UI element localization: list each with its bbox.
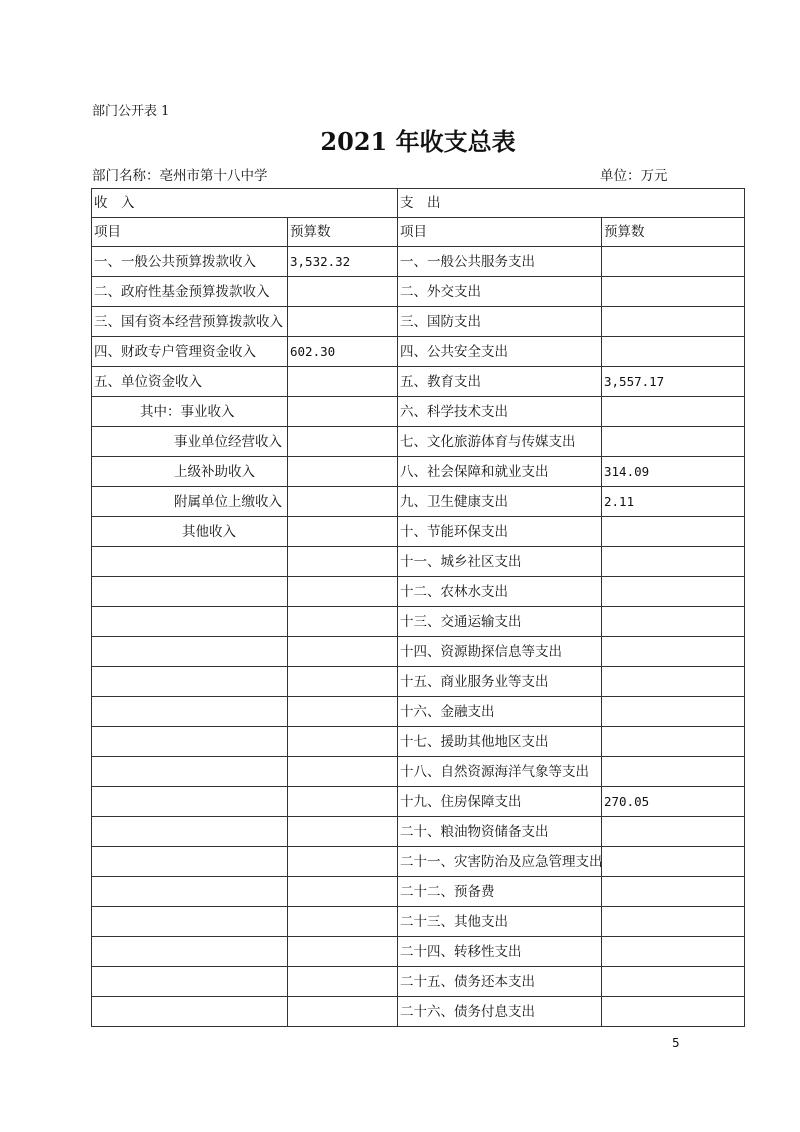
table-row: 其他收入 十、节能环保支出 — [92, 517, 745, 547]
expense-item: 十九、住房保障支出 — [398, 787, 602, 817]
income-item — [92, 817, 288, 847]
income-item — [92, 937, 288, 967]
expense-item: 二十四、转移性支出 — [398, 937, 602, 967]
table-row: 附属单位上缴收入 九、卫生健康支出 2.11 — [92, 487, 745, 517]
page-title: 2021 年收支总表 — [0, 127, 800, 157]
expense-amount-header: 预算数 — [602, 218, 745, 247]
income-item — [92, 697, 288, 727]
expense-amount — [602, 757, 745, 787]
expense-amount — [602, 937, 745, 967]
income-item — [92, 907, 288, 937]
expense-amount — [602, 427, 745, 457]
department-name: 部门名称：亳州市第十八中学 — [92, 168, 268, 184]
table-row: 十六、金融支出 — [92, 697, 745, 727]
income-amount: 602.30 — [288, 337, 398, 367]
expense-amount: 314.09 — [602, 457, 745, 487]
budget-summary-table: 收 入 支 出 项目 预算数 项目 预算数 一、一般公共预算拨款收入 3,532… — [91, 188, 745, 1027]
income-amount — [288, 877, 398, 907]
expense-item: 二十五、债务还本支出 — [398, 967, 602, 997]
expense-amount: 2.11 — [602, 487, 745, 517]
income-item: 五、单位资金收入 — [92, 367, 288, 397]
income-amount — [288, 847, 398, 877]
expense-item: 十四、资源勘探信息等支出 — [398, 637, 602, 667]
income-item: 四、财政专户管理资金收入 — [92, 337, 288, 367]
expense-item: 八、社会保障和就业支出 — [398, 457, 602, 487]
expense-item: 二十一、灾害防治及应急管理支出 — [398, 847, 602, 877]
expense-item-header: 项目 — [398, 218, 602, 247]
income-item — [92, 667, 288, 697]
expense-item: 六、科学技术支出 — [398, 397, 602, 427]
table-row: 十二、农林水支出 — [92, 577, 745, 607]
income-amount — [288, 727, 398, 757]
income-amount — [288, 307, 398, 337]
table-row: 二十二、预备费 — [92, 877, 745, 907]
expense-amount — [602, 577, 745, 607]
expense-amount — [602, 847, 745, 877]
table-row: 十八、自然资源海洋气象等支出 — [92, 757, 745, 787]
expense-amount: 3,557.17 — [602, 367, 745, 397]
expense-item: 一、一般公共服务支出 — [398, 247, 602, 277]
expense-amount — [602, 967, 745, 997]
expense-item: 四、公共安全支出 — [398, 337, 602, 367]
income-item: 三、国有资本经营预算拨款收入 — [92, 307, 288, 337]
table-row: 一、一般公共预算拨款收入 3,532.32 一、一般公共服务支出 — [92, 247, 745, 277]
expense-amount — [602, 607, 745, 637]
column-header-row: 项目 预算数 项目 预算数 — [92, 218, 745, 247]
income-item: 事业单位经营收入 — [92, 427, 288, 457]
income-item: 其他收入 — [92, 517, 288, 547]
income-amount — [288, 367, 398, 397]
table-row: 十五、商业服务业等支出 — [92, 667, 745, 697]
income-item — [92, 997, 288, 1027]
expense-item: 五、教育支出 — [398, 367, 602, 397]
income-item: 其中：事业收入 — [92, 397, 288, 427]
income-item — [92, 787, 288, 817]
form-label: 部门公开表 1 — [92, 104, 169, 120]
table-row: 上级补助收入 八、社会保障和就业支出 314.09 — [92, 457, 745, 487]
income-amount — [288, 277, 398, 307]
expense-amount — [602, 547, 745, 577]
income-item: 附属单位上缴收入 — [92, 487, 288, 517]
expense-amount — [602, 907, 745, 937]
income-section-header: 收 入 — [92, 189, 398, 218]
income-item: 上级补助收入 — [92, 457, 288, 487]
income-amount — [288, 907, 398, 937]
income-item — [92, 547, 288, 577]
income-amount — [288, 457, 398, 487]
expense-item: 二十六、债务付息支出 — [398, 997, 602, 1027]
income-item: 一、一般公共预算拨款收入 — [92, 247, 288, 277]
income-item: 二、政府性基金预算拨款收入 — [92, 277, 288, 307]
expense-amount — [602, 277, 745, 307]
income-item — [92, 847, 288, 877]
table-row: 二十四、转移性支出 — [92, 937, 745, 967]
section-header-row: 收 入 支 出 — [92, 189, 745, 218]
table-row: 十九、住房保障支出 270.05 — [92, 787, 745, 817]
table-row: 四、财政专户管理资金收入 602.30 四、公共安全支出 — [92, 337, 745, 367]
expense-item: 二十、粮油物资储备支出 — [398, 817, 602, 847]
expense-amount: 270.05 — [602, 787, 745, 817]
table-row: 十七、援助其他地区支出 — [92, 727, 745, 757]
expense-amount — [602, 307, 745, 337]
page-number: 5 — [672, 1036, 680, 1050]
table-row: 二、政府性基金预算拨款收入 二、外交支出 — [92, 277, 745, 307]
expense-amount — [602, 697, 745, 727]
expense-item: 十七、援助其他地区支出 — [398, 727, 602, 757]
expense-item: 十三、交通运输支出 — [398, 607, 602, 637]
income-amount — [288, 787, 398, 817]
income-amount — [288, 667, 398, 697]
expense-amount — [602, 667, 745, 697]
income-amount — [288, 697, 398, 727]
income-item — [92, 757, 288, 787]
expense-amount — [602, 247, 745, 277]
expense-amount — [602, 397, 745, 427]
expense-amount — [602, 997, 745, 1027]
income-item — [92, 727, 288, 757]
table-row: 二十六、债务付息支出 — [92, 997, 745, 1027]
income-amount — [288, 547, 398, 577]
income-item — [92, 577, 288, 607]
table-row: 十四、资源勘探信息等支出 — [92, 637, 745, 667]
expense-item: 十一、城乡社区支出 — [398, 547, 602, 577]
table-row: 五、单位资金收入 五、教育支出 3,557.17 — [92, 367, 745, 397]
income-amount — [288, 937, 398, 967]
income-item — [92, 877, 288, 907]
income-amount: 3,532.32 — [288, 247, 398, 277]
table-row: 二十一、灾害防治及应急管理支出 — [92, 847, 745, 877]
income-amount — [288, 757, 398, 787]
expense-amount — [602, 517, 745, 547]
expense-amount — [602, 877, 745, 907]
expense-item: 十、节能环保支出 — [398, 517, 602, 547]
income-amount — [288, 817, 398, 847]
expense-item: 十二、农林水支出 — [398, 577, 602, 607]
expense-amount — [602, 817, 745, 847]
table-row: 二十、粮油物资储备支出 — [92, 817, 745, 847]
expense-item: 二、外交支出 — [398, 277, 602, 307]
income-amount — [288, 427, 398, 457]
table-row: 其中：事业收入 六、科学技术支出 — [92, 397, 745, 427]
income-item — [92, 637, 288, 667]
table-row: 十三、交通运输支出 — [92, 607, 745, 637]
expense-item: 二十三、其他支出 — [398, 907, 602, 937]
income-amount — [288, 607, 398, 637]
income-amount-header: 预算数 — [288, 218, 398, 247]
income-amount — [288, 637, 398, 667]
expense-amount — [602, 637, 745, 667]
income-item-header: 项目 — [92, 218, 288, 247]
expense-item: 三、国防支出 — [398, 307, 602, 337]
income-amount — [288, 967, 398, 997]
expense-item: 九、卫生健康支出 — [398, 487, 602, 517]
income-amount — [288, 487, 398, 517]
expense-item: 七、文化旅游体育与传媒支出 — [398, 427, 602, 457]
table-row: 事业单位经营收入 七、文化旅游体育与传媒支出 — [92, 427, 745, 457]
expense-item: 十五、商业服务业等支出 — [398, 667, 602, 697]
unit-label: 单位：万元 — [600, 168, 668, 184]
expense-item: 二十二、预备费 — [398, 877, 602, 907]
table-row: 三、国有资本经营预算拨款收入 三、国防支出 — [92, 307, 745, 337]
expense-section-header: 支 出 — [398, 189, 745, 218]
table-row: 二十五、债务还本支出 — [92, 967, 745, 997]
expense-item: 十六、金融支出 — [398, 697, 602, 727]
expense-amount — [602, 727, 745, 757]
table-row: 二十三、其他支出 — [92, 907, 745, 937]
income-amount — [288, 997, 398, 1027]
income-item — [92, 967, 288, 997]
expense-item: 十八、自然资源海洋气象等支出 — [398, 757, 602, 787]
table-row: 十一、城乡社区支出 — [92, 547, 745, 577]
income-amount — [288, 397, 398, 427]
expense-amount — [602, 337, 745, 367]
income-amount — [288, 517, 398, 547]
income-item — [92, 607, 288, 637]
income-amount — [288, 577, 398, 607]
